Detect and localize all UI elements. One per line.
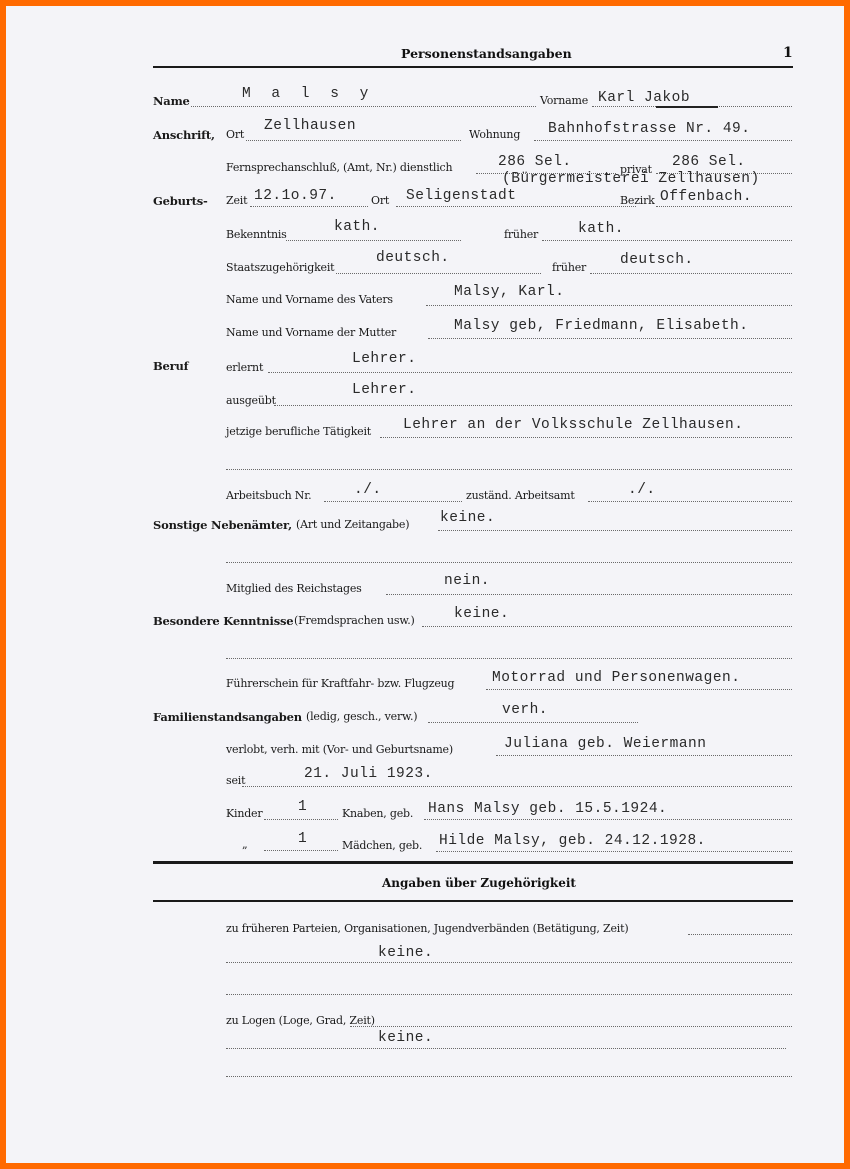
affiliation-title: Angaben über Zugehörigkeit [382, 876, 576, 890]
ausgeuebt-label: ausgeübt [226, 394, 276, 407]
erlernt-value: Lehrer. [352, 351, 416, 367]
staats-value: deutsch. [376, 250, 450, 266]
parteien-line-3 [226, 994, 792, 995]
logen-value: keine. [378, 1030, 433, 1046]
logen-line-3 [226, 1076, 792, 1077]
ausgeuebt-line [274, 405, 792, 406]
bezirk-value: Offenbach. [660, 189, 752, 205]
taetigkeit-line [380, 437, 792, 438]
bekenntnis-frueher-value: kath. [578, 221, 624, 237]
name-line [191, 106, 536, 107]
ausgeuebt-value: Lehrer. [352, 382, 416, 398]
bezirk-label: Bezirk [620, 194, 655, 207]
arbeitsbuch-label: Arbeitsbuch Nr. [226, 489, 311, 502]
fernsprech-dienstlich-value: 286 Sel. [498, 154, 572, 170]
bekenntnis-label: Bekenntnis [226, 228, 287, 241]
arbeitsbuch-line [324, 501, 462, 502]
knaben-label: Knaben, geb. [342, 807, 413, 820]
ort-label: Ort [226, 128, 244, 141]
mutter-value: Malsy geb, Friedmann, Elisabeth. [454, 318, 748, 334]
vater-line [426, 305, 792, 306]
nebenaemter-line [438, 530, 792, 531]
parteien-line-2 [226, 962, 792, 963]
geburts-ort-value: Seligenstadt [406, 188, 516, 204]
vater-value: Malsy, Karl. [454, 284, 564, 300]
arbeitsamt-value: ./. [628, 482, 656, 498]
privat-value: 286 Sel. [672, 154, 746, 170]
familienstand-value: verh. [502, 702, 548, 718]
verlobt-value: Juliana geb. Weiermann [504, 736, 706, 752]
arbeitsamt-line [588, 501, 792, 502]
fuehrerschein-line [486, 689, 792, 690]
vater-label: Name und Vorname des Vaters [226, 293, 393, 306]
parteien-line [688, 934, 792, 935]
staats-frueher-line [590, 273, 792, 274]
page-number: 1 [783, 45, 793, 61]
zeit-label: Zeit [226, 194, 247, 207]
bekenntnis-value: kath. [334, 219, 380, 235]
taetigkeit-value: Lehrer an der Volksschule Zellhausen. [403, 417, 743, 433]
name-label: Name [153, 94, 190, 108]
fuehrerschein-value: Motorrad und Personenwagen. [492, 670, 740, 686]
bezirk-line [656, 206, 792, 207]
parteien-value: keine. [378, 945, 433, 961]
knaben-value: Hans Malsy geb. 15.5.1924. [428, 801, 667, 817]
verlobt-line [496, 755, 792, 756]
seit-value: 21. Juli 1923. [304, 766, 433, 782]
fernsprech-note: (Bürgermeisterei Zellhausen) [502, 171, 760, 187]
mutter-label: Name und Vorname der Mutter [226, 326, 396, 339]
kenntnisse-line [422, 626, 792, 627]
zeit-value: 12.1o.97. [254, 188, 337, 204]
vorname-label: Vorname [540, 94, 588, 107]
header-rule [153, 66, 793, 68]
seit-line [242, 786, 792, 787]
arbeitsamt-label: zuständ. Arbeitsamt [466, 489, 575, 502]
ort-value: Zellhausen [264, 118, 356, 134]
anschrift-label: Anschrift, [153, 128, 215, 142]
staats-label: Staatszugehörigkeit [226, 261, 334, 274]
ditto-mark: „ [242, 838, 248, 851]
parteien-label: zu früheren Parteien, Organisationen, Ju… [226, 922, 628, 935]
logen-line-2 [226, 1048, 786, 1049]
vorname-underline [656, 106, 718, 108]
logen-line [350, 1026, 792, 1027]
geburts-ort-line [396, 206, 636, 207]
bekenntnis-line [286, 240, 461, 241]
maedchen-value: Hilde Malsy, geb. 24.12.1928. [439, 833, 706, 849]
fuehrerschein-label: Führerschein für Kraftfahr- bzw. Flugzeu… [226, 677, 454, 690]
page-title: Personenstandsangaben [401, 46, 572, 61]
taetigkeit-extra-line [226, 469, 792, 470]
kenntnisse-extra-line [226, 658, 792, 659]
section-rule-top [153, 861, 793, 864]
familienstand-sub: (ledig, gesch., verw.) [306, 710, 417, 723]
name-value: M a l s y [242, 86, 374, 102]
staats-frueher-label: früher [552, 261, 586, 274]
ort-line [246, 140, 461, 141]
nebenaemter-sub: (Art und Zeitangabe) [296, 518, 409, 531]
bekenntnis-frueher-label: früher [504, 228, 538, 241]
kenntnisse-value: keine. [454, 606, 509, 622]
nebenaemter-value: keine. [440, 510, 495, 526]
bekenntnis-frueher-line [542, 240, 792, 241]
wohnung-label: Wohnung [469, 128, 520, 141]
kenntnisse-sub: (Fremdsprachen usw.) [294, 614, 415, 627]
knaben-count-line [264, 819, 338, 820]
wohnung-value: Bahnhofstrasse Nr. 49. [548, 121, 750, 137]
nebenaemter-extra-line [226, 562, 792, 563]
knaben-count: 1 [298, 799, 307, 815]
document-page: Personenstandsangaben 1 Name M a l s y V… [6, 6, 844, 1163]
zeit-line [250, 206, 368, 207]
vorname-value: Karl Jakob [598, 90, 690, 106]
maedchen-line [436, 851, 792, 852]
familienstand-line [428, 722, 638, 723]
maedchen-count: 1 [298, 831, 307, 847]
staats-frueher-value: deutsch. [620, 252, 694, 268]
nebenaemter-label: Sonstige Nebenämter, [153, 518, 292, 532]
reichstag-line [386, 594, 792, 595]
taetigkeit-label: jetzige berufliche Tätigkeit [226, 425, 371, 438]
erlernt-line [268, 372, 792, 373]
geburts-ort-label: Ort [371, 194, 389, 207]
maedchen-label: Mädchen, geb. [342, 839, 422, 852]
section-rule-bottom [153, 900, 793, 902]
maedchen-count-line [264, 850, 338, 851]
mutter-line [428, 338, 792, 339]
knaben-line [424, 819, 792, 820]
beruf-label: Beruf [153, 359, 188, 373]
geburts-label: Geburts- [153, 194, 208, 208]
wohnung-line [534, 140, 792, 141]
erlernt-label: erlernt [226, 361, 263, 374]
kenntnisse-label: Besondere Kenntnisse [153, 614, 293, 628]
familienstand-label: Familienstandsangaben [153, 710, 302, 724]
staats-line [336, 273, 541, 274]
reichstag-value: nein. [444, 573, 490, 589]
arbeitsbuch-value: ./. [354, 482, 382, 498]
reichstag-label: Mitglied des Reichstages [226, 582, 362, 595]
fernsprech-label: Fernsprechanschluß, (Amt, Nr.) dienstlic… [226, 161, 452, 174]
verlobt-label: verlobt, verh. mit (Vor- und Geburtsname… [226, 743, 453, 756]
kinder-label: Kinder [226, 807, 262, 820]
